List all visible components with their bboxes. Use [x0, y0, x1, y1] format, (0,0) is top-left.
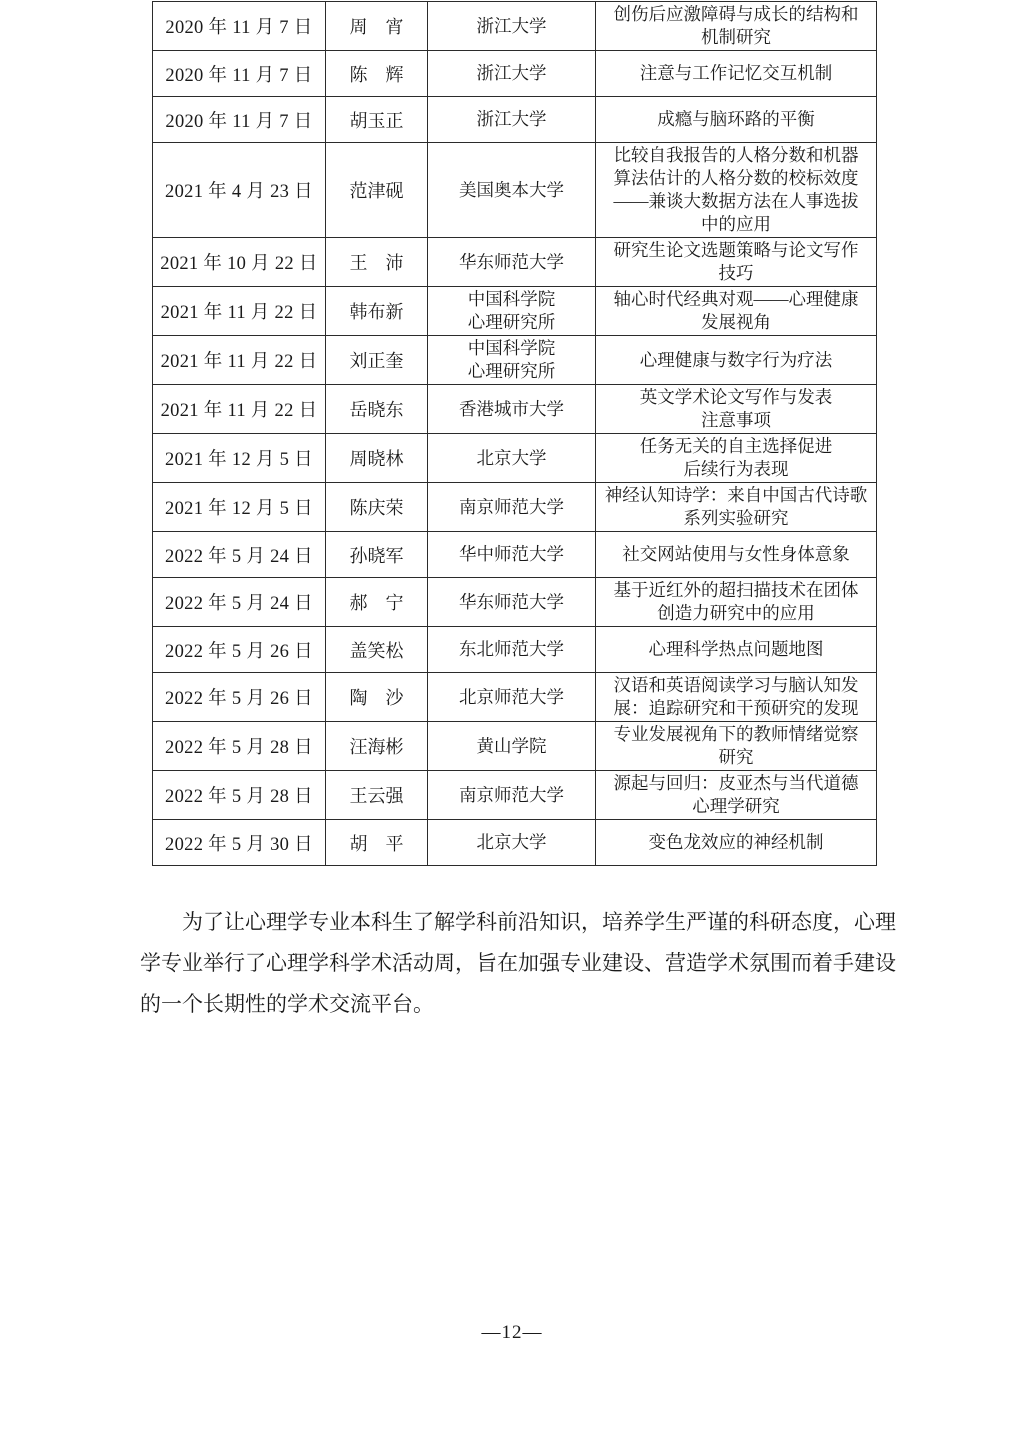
cell-speaker: 胡 平 — [326, 820, 428, 866]
cell-date: 2021 年 11 月 22 日 — [153, 287, 326, 336]
cell-topic: 源起与回归：皮亚杰与当代道德 心理学研究 — [596, 771, 877, 820]
table-row: 2021 年 11 月 22 日韩布新中国科学院 心理研究所轴心时代经典对观——… — [153, 287, 877, 336]
cell-topic: 社交网站使用与女性身体意象 — [596, 532, 877, 578]
cell-topic: 比较自我报告的人格分数和机器 算法估计的人格分数的校标效度 ——兼谈大数据方法在… — [596, 143, 877, 238]
cell-speaker: 盖笑松 — [326, 627, 428, 673]
cell-date: 2021 年 12 月 5 日 — [153, 483, 326, 532]
cell-affiliation: 北京大学 — [428, 434, 596, 483]
cell-affiliation: 华东师范大学 — [428, 578, 596, 627]
cell-speaker: 岳晓东 — [326, 385, 428, 434]
cell-date: 2022 年 5 月 28 日 — [153, 771, 326, 820]
table-row: 2022 年 5 月 24 日郝 宁华东师范大学基于近红外的超扫描技术在团体 创… — [153, 578, 877, 627]
cell-topic: 注意与工作记忆交互机制 — [596, 51, 877, 97]
table-row: 2021 年 12 月 5 日周晓林北京大学任务无关的自主选择促进 后续行为表现 — [153, 434, 877, 483]
cell-topic: 汉语和英语阅读学习与脑认知发 展：追踪研究和干预研究的发现 — [596, 673, 877, 722]
cell-speaker: 郝 宁 — [326, 578, 428, 627]
table-row: 2021 年 12 月 5 日陈庆荣南京师范大学神经认知诗学：来自中国古代诗歌 … — [153, 483, 877, 532]
cell-date: 2022 年 5 月 26 日 — [153, 627, 326, 673]
cell-date: 2022 年 5 月 28 日 — [153, 722, 326, 771]
cell-speaker: 刘正奎 — [326, 336, 428, 385]
cell-affiliation: 北京大学 — [428, 820, 596, 866]
page-number: —12— — [482, 1322, 543, 1343]
cell-date: 2021 年 4 月 23 日 — [153, 143, 326, 238]
table-row: 2021 年 11 月 22 日刘正奎中国科学院 心理研究所心理健康与数字行为疗… — [153, 336, 877, 385]
cell-affiliation: 华东师范大学 — [428, 238, 596, 287]
cell-affiliation: 美国奥本大学 — [428, 143, 596, 238]
cell-date: 2020 年 11 月 7 日 — [153, 97, 326, 143]
cell-topic: 心理健康与数字行为疗法 — [596, 336, 877, 385]
cell-date: 2022 年 5 月 26 日 — [153, 673, 326, 722]
cell-affiliation: 北京师范大学 — [428, 673, 596, 722]
cell-affiliation: 南京师范大学 — [428, 483, 596, 532]
cell-speaker: 汪海彬 — [326, 722, 428, 771]
closing-paragraph: 为了让心理学专业本科生了解学科前沿知识，培养学生严谨的科研态度，心理 学专业举行… — [140, 902, 902, 1025]
cell-affiliation: 浙江大学 — [428, 51, 596, 97]
table-row: 2021 年 10 月 22 日王 沛华东师范大学研究生论文选题策略与论文写作 … — [153, 238, 877, 287]
cell-affiliation: 东北师范大学 — [428, 627, 596, 673]
cell-topic: 心理科学热点问题地图 — [596, 627, 877, 673]
cell-date: 2022 年 5 月 30 日 — [153, 820, 326, 866]
cell-date: 2022 年 5 月 24 日 — [153, 532, 326, 578]
cell-topic: 英文学术论文写作与发表 注意事项 — [596, 385, 877, 434]
cell-speaker: 范津砚 — [326, 143, 428, 238]
cell-affiliation: 中国科学院 心理研究所 — [428, 287, 596, 336]
table-row: 2020 年 11 月 7 日陈 辉浙江大学注意与工作记忆交互机制 — [153, 51, 877, 97]
cell-topic: 基于近红外的超扫描技术在团体 创造力研究中的应用 — [596, 578, 877, 627]
cell-speaker: 周 宵 — [326, 2, 428, 51]
cell-topic: 变色龙效应的神经机制 — [596, 820, 877, 866]
cell-date: 2022 年 5 月 24 日 — [153, 578, 326, 627]
table-row: 2021 年 11 月 22 日岳晓东香港城市大学英文学术论文写作与发表 注意事… — [153, 385, 877, 434]
cell-date: 2020 年 11 月 7 日 — [153, 51, 326, 97]
table-row: 2022 年 5 月 28 日王云强南京师范大学源起与回归：皮亚杰与当代道德 心… — [153, 771, 877, 820]
cell-affiliation: 南京师范大学 — [428, 771, 596, 820]
cell-affiliation: 黄山学院 — [428, 722, 596, 771]
table-row: 2022 年 5 月 24 日孙晓军华中师范大学社交网站使用与女性身体意象 — [153, 532, 877, 578]
page-footer: —12— — [0, 1322, 1024, 1344]
cell-topic: 创伤后应激障碍与成长的结构和 机制研究 — [596, 2, 877, 51]
cell-speaker: 韩布新 — [326, 287, 428, 336]
cell-affiliation: 浙江大学 — [428, 2, 596, 51]
document-page: 2020 年 11 月 7 日周 宵浙江大学创伤后应激障碍与成长的结构和 机制研… — [0, 0, 1024, 1448]
cell-topic: 研究生论文选题策略与论文写作 技巧 — [596, 238, 877, 287]
cell-date: 2021 年 10 月 22 日 — [153, 238, 326, 287]
cell-speaker: 王 沛 — [326, 238, 428, 287]
table-row: 2020 年 11 月 7 日周 宵浙江大学创伤后应激障碍与成长的结构和 机制研… — [153, 2, 877, 51]
cell-affiliation: 浙江大学 — [428, 97, 596, 143]
cell-topic: 任务无关的自主选择促进 后续行为表现 — [596, 434, 877, 483]
cell-topic: 神经认知诗学：来自中国古代诗歌 系列实验研究 — [596, 483, 877, 532]
table-row: 2022 年 5 月 26 日陶 沙北京师范大学汉语和英语阅读学习与脑认知发 展… — [153, 673, 877, 722]
cell-topic: 成瘾与脑环路的平衡 — [596, 97, 877, 143]
table-row: 2022 年 5 月 26 日盖笑松东北师范大学心理科学热点问题地图 — [153, 627, 877, 673]
table-row: 2021 年 4 月 23 日范津砚美国奥本大学比较自我报告的人格分数和机器 算… — [153, 143, 877, 238]
cell-date: 2021 年 12 月 5 日 — [153, 434, 326, 483]
cell-speaker: 周晓林 — [326, 434, 428, 483]
table-row: 2022 年 5 月 28 日汪海彬黄山学院专业发展视角下的教师情绪觉察 研究 — [153, 722, 877, 771]
cell-topic: 专业发展视角下的教师情绪觉察 研究 — [596, 722, 877, 771]
table-row: 2022 年 5 月 30 日胡 平北京大学变色龙效应的神经机制 — [153, 820, 877, 866]
cell-affiliation: 中国科学院 心理研究所 — [428, 336, 596, 385]
cell-speaker: 陈 辉 — [326, 51, 428, 97]
cell-speaker: 胡玉正 — [326, 97, 428, 143]
cell-date: 2021 年 11 月 22 日 — [153, 385, 326, 434]
lecture-table-body: 2020 年 11 月 7 日周 宵浙江大学创伤后应激障碍与成长的结构和 机制研… — [153, 2, 877, 866]
cell-affiliation: 华中师范大学 — [428, 532, 596, 578]
cell-date: 2021 年 11 月 22 日 — [153, 336, 326, 385]
cell-speaker: 陶 沙 — [326, 673, 428, 722]
cell-date: 2020 年 11 月 7 日 — [153, 2, 326, 51]
cell-topic: 轴心时代经典对观——心理健康 发展视角 — [596, 287, 877, 336]
table-row: 2020 年 11 月 7 日胡玉正浙江大学成瘾与脑环路的平衡 — [153, 97, 877, 143]
cell-speaker: 陈庆荣 — [326, 483, 428, 532]
cell-speaker: 王云强 — [326, 771, 428, 820]
cell-affiliation: 香港城市大学 — [428, 385, 596, 434]
lecture-schedule-table: 2020 年 11 月 7 日周 宵浙江大学创伤后应激障碍与成长的结构和 机制研… — [152, 1, 877, 866]
cell-speaker: 孙晓军 — [326, 532, 428, 578]
